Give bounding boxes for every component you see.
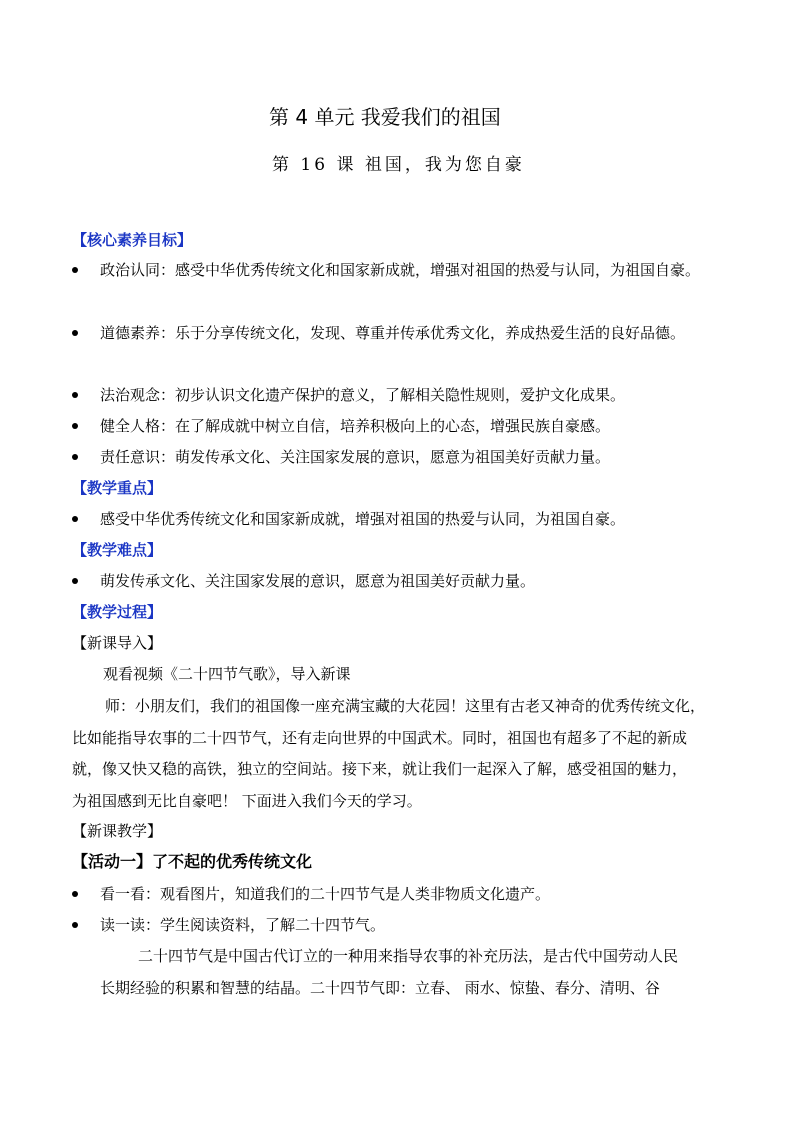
section-heading-core-goals: 【核心素养目标】 xyxy=(72,230,192,250)
bullet-icon xyxy=(72,891,78,897)
teacher-line: 师：小朋友们，我们的祖国像一座充满宝藏的大花园！这里有古老又神奇的优秀传统文化， xyxy=(105,696,705,716)
unit-title: 第 4 单元 我爱我们的祖国 xyxy=(269,104,501,130)
core-goal-item: 责任意识：萌发传承文化、关注国家发展的意识，愿意为祖国美好贡献力量。 xyxy=(100,447,610,467)
teacher-line: 就，像又快又稳的高铁，独立的空间站。接下来，就让我们一起深入了解，感受祖国的魅力… xyxy=(72,759,687,779)
bullet-icon xyxy=(72,423,78,429)
section-heading-key-points: 【教学重点】 xyxy=(72,478,162,498)
subheading-intro: 【新课导入】 xyxy=(72,633,162,653)
bullet-icon xyxy=(72,330,78,336)
intro-video-line: 观看视频《二十四节气歌》，导入新课 xyxy=(103,664,351,684)
key-point-item: 感受中华优秀传统文化和国家新成就，增强对祖国的热爱与认同，为祖国自豪。 xyxy=(100,509,625,529)
core-goal-item: 法治观念：初步认识文化遗产保护的意义，了解相关隐性规则，爱护文化成果。 xyxy=(100,385,625,405)
bullet-icon xyxy=(72,578,78,584)
difficulty-item: 萌发传承文化、关注国家发展的意识，愿意为祖国美好贡献力量。 xyxy=(100,571,535,591)
teacher-line: 比如能指导农事的二十四节气，还有走向世界的中国武术。同时，祖国也有超多了不起的新… xyxy=(72,728,687,748)
bullet-icon xyxy=(72,922,78,928)
core-goal-item: 道德素养：乐于分享传统文化，发现、尊重并传承优秀文化，养成热爱生活的良好品德。 xyxy=(100,323,685,343)
core-goal-item: 政治认同：感受中华优秀传统文化和国家新成就，增强对祖国的热爱与认同，为祖国自豪。 xyxy=(100,260,700,280)
core-goal-item: 健全人格：在了解成就中树立自信，培养积极向上的心态，增强民族自豪感。 xyxy=(100,416,610,436)
subheading-new-lesson: 【新课教学】 xyxy=(72,821,162,841)
reading-line: 长期经验的积累和智慧的结晶。二十四节气即：立春、 雨水、惊蛰、春分、清明、谷 xyxy=(100,978,660,998)
activity-heading: 【活动一】了不起的优秀传统文化 xyxy=(72,852,312,872)
activity-item: 读一读：学生阅读资料，了解二十四节气。 xyxy=(100,915,385,935)
bullet-icon xyxy=(72,516,78,522)
bullet-icon xyxy=(72,267,78,273)
bullet-icon xyxy=(72,454,78,460)
activity-item: 看一看：观看图片，知道我们的二十四节气是人类非物质文化遗产。 xyxy=(100,884,550,904)
section-heading-process: 【教学过程】 xyxy=(72,602,162,622)
bullet-icon xyxy=(72,392,78,398)
teacher-line: 为祖国感到无比自豪吧！ 下面进入我们今天的学习。 xyxy=(72,791,422,811)
lesson-title: 第 16 课 祖国，我为您自豪 xyxy=(272,153,525,177)
section-heading-difficulties: 【教学难点】 xyxy=(72,540,162,560)
reading-line: 二十四节气是中国古代订立的一种用来指导农事的补充历法，是古代中国劳动人民 xyxy=(138,946,678,966)
